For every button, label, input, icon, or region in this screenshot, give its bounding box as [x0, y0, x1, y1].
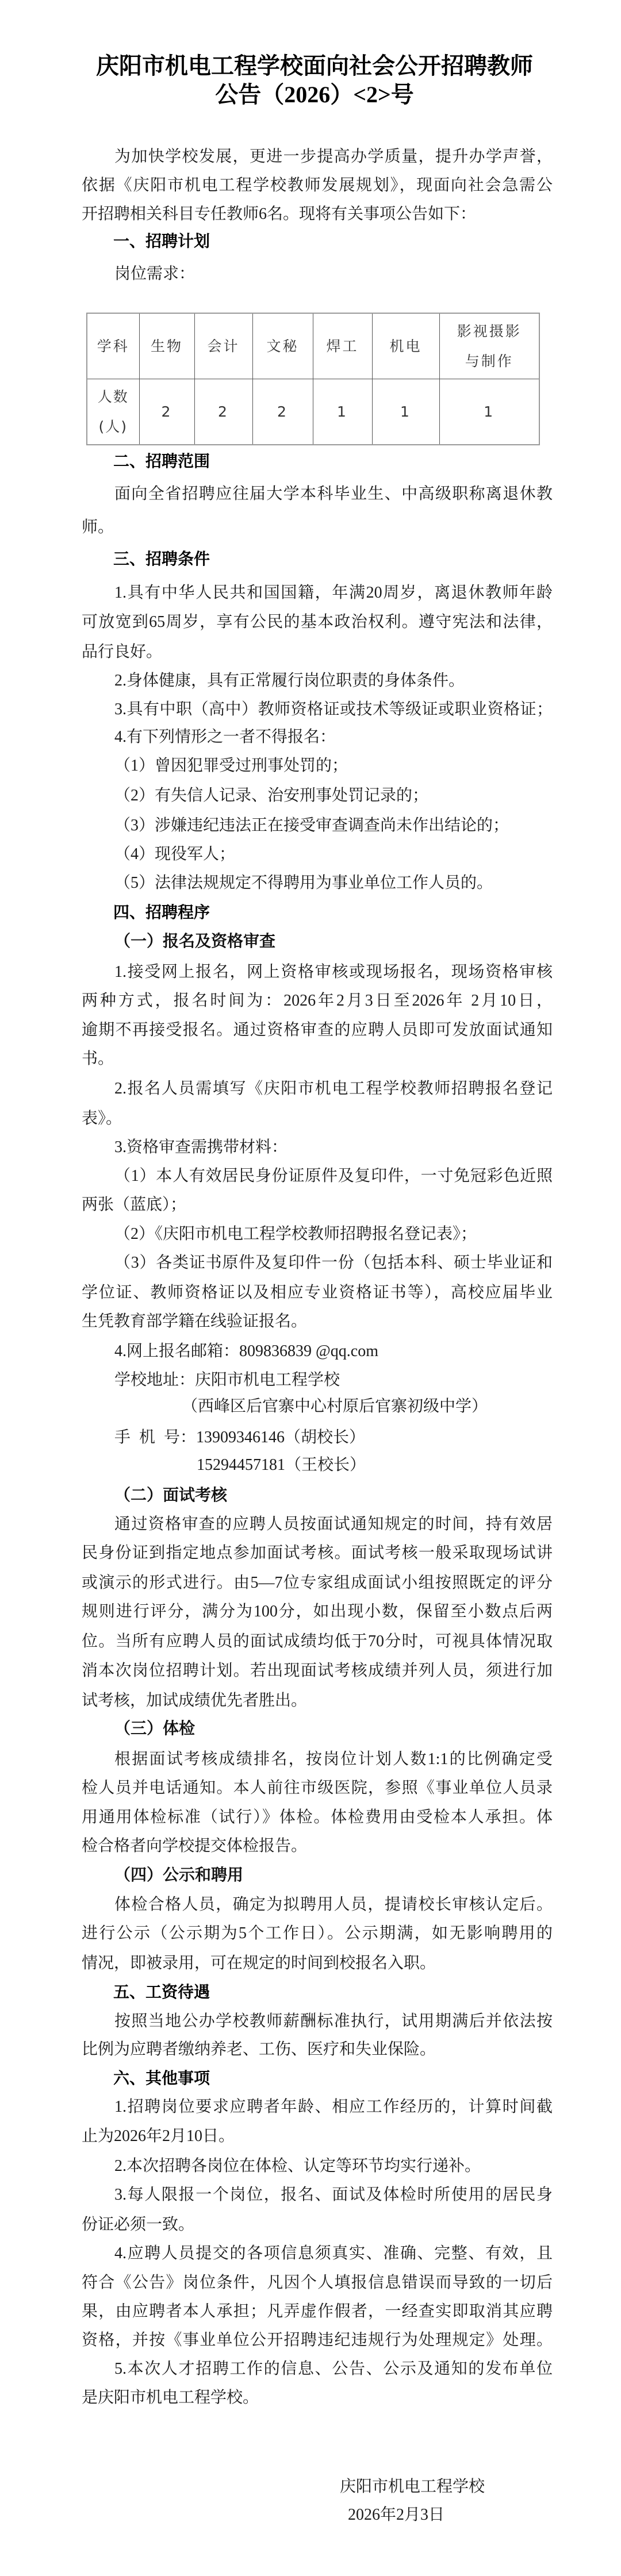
signature-date: 2026年2月3日 [348, 2504, 444, 2527]
list-item: （2）《庆阳市机电工程学校教师招聘报名登记表》； [114, 1223, 553, 1246]
position-requirement-label: 岗位需求： [114, 263, 195, 286]
table-header-text: 影视摄影与制作 [457, 317, 522, 376]
body-line: 按照当地公办学校教师薪酬标准执行，试用期满后并依法按 [114, 2010, 553, 2033]
list-item: （1）曾因犯罪受过刑事处罚的； [114, 754, 553, 777]
announcement-document: 庆阳市机电工程学校面向社会公开招聘教师 公告（2026）<2>号 为加快学校发展… [0, 0, 621, 2576]
list-item: （4）现役军人； [114, 843, 553, 866]
subsection-heading-interview: （二）面试考核 [114, 1484, 227, 1507]
body-line: 书。 [82, 1048, 553, 1071]
position-table: 学科 生物 会计 文秘 焊工 机电 影视摄影与制作 人数(人) 2 2 2 1 … [86, 313, 540, 445]
list-item: （2）有失信人记录、治安刑事处罚记录的； [114, 784, 553, 807]
table-header-cell: 文秘 [252, 313, 313, 379]
body-line: 学位证、教师资格证以及相应专业资格证书等），高校应届毕业 [82, 1281, 553, 1304]
table-cell: 2 [194, 379, 252, 445]
body-line: 可放宽到65周岁，享有公民的基本政治权利。遵守宪法和法律， [82, 611, 553, 634]
body-line: 2.报名人员需填写《庆阳市机电工程学校教师招聘报名登记 [114, 1077, 553, 1100]
body-line: 止为2026年2月10日。 [82, 2125, 553, 2148]
table-header-cell: 影视摄影与制作 [439, 313, 539, 379]
table-cell: 1 [439, 379, 539, 445]
school-address: 学校地址：庆阳市机电工程学校 [114, 1369, 553, 1392]
table-header-cell: 焊工 [313, 313, 372, 379]
table-cell: 1 [313, 379, 372, 445]
body-line: 消本次岗位招聘计划。若出现面试考核成绩并列人员，须进行加 [82, 1659, 553, 1682]
table-row-label-cell: 人数(人) [87, 379, 139, 445]
body-line: 品行良好。 [82, 641, 553, 664]
subsection-heading-registration: （一）报名及资格审查 [114, 930, 275, 953]
list-item: （1）本人有效居民身份证原件及复印件，一寸免冠彩色近照 [114, 1165, 553, 1188]
body-line: 3.具有中职（高中）教师资格证或技术等级证或职业资格证； [114, 698, 553, 721]
section-heading-other-matters: 六、其他事项 [113, 2067, 210, 2090]
table-header-cell: 会计 [194, 313, 252, 379]
list-item: （5）法律法规规定不得聘用为事业单位工作人员的。 [114, 872, 553, 895]
school-address-detail: （西峰区后官寨中心村原后官寨初级中学） [182, 1395, 488, 1418]
section-heading-salary: 五、工资待遇 [113, 1981, 210, 2004]
body-line: 表》。 [82, 1107, 553, 1130]
section-heading-procedure: 四、招聘程序 [113, 901, 210, 924]
body-line: 1.招聘岗位要求应聘者年龄、相应工作经历的，计算时间截 [114, 2096, 553, 2119]
intro-line: 开招聘相关科目专任教师6名。现将有关事项公告如下： [82, 203, 553, 226]
list-item: （3）各类证书原件及复印件一份（包括本科、硕士毕业证和 [114, 1252, 553, 1274]
section-heading-conditions: 三、招聘条件 [113, 548, 210, 571]
contact-phone-2: 15294457181（王校长） [197, 1454, 366, 1477]
contact-phone-1: 手 机 号：13909346146（胡校长） [114, 1426, 553, 1449]
table-header-cell: 机电 [372, 313, 439, 379]
body-line: 进行公示（公示期为5个工作日）。公示期满，如无影响聘用的 [82, 1922, 553, 1945]
section-heading-recruitment-plan: 一、招聘计划 [113, 230, 210, 253]
body-line: 两种方式，报名时间为：2026年2月3日至2026年 2月10日， [82, 989, 553, 1012]
body-line: 情况，即被录用，可在规定的时间到校报名入职。 [82, 1952, 553, 1975]
body-line: 用通用体检标准（试行）》体检。体检费用由受检本人承担。体 [82, 1806, 553, 1829]
body-line: 检合格者向学校提交体检报告。 [82, 1835, 553, 1858]
signature-organization: 庆阳市机电工程学校 [340, 2475, 485, 2498]
table-cell: 1 [372, 379, 439, 445]
body-line: 位。当所有应聘人员的面试成绩均低于70分时，可视具体情况取 [82, 1630, 553, 1653]
body-line: 逾期不再接受报名。通过资格审查的应聘人员即可发放面试通知 [82, 1019, 553, 1042]
body-line: 5.本次人才招聘工作的信息、公告、公示及通知的发布单位 [114, 2358, 553, 2381]
table-cell: 2 [139, 379, 194, 445]
body-line: 2.本次招聘各岗位在体检、认定等环节均实行递补。 [114, 2155, 553, 2178]
body-line: 体检合格人员，确定为拟聘用人员，提请校长审核认定后。 [114, 1893, 553, 1916]
body-line: 1.具有中华人民共和国国籍，年满20周岁，离退休教师年龄 [114, 582, 553, 604]
intro-line: 为加快学校发展，更进一步提高办学质量，提升办学声誉， [114, 145, 553, 168]
table-header-cell: 生物 [139, 313, 194, 379]
list-item: （3）涉嫌违纪违法正在接受审查调查尚未作出结论的； [114, 814, 553, 837]
body-line: 或演示的形式进行。由5—7位专家组成面试小组按照既定的评分 [82, 1572, 553, 1595]
section-heading-recruitment-scope: 二、招聘范围 [113, 450, 210, 473]
body-line: 检人员并电话通知。本人前往市级医院，参照《事业单位人员录 [82, 1777, 553, 1800]
body-line: 份证必须一致。 [82, 2213, 553, 2236]
table-row-label: 人数(人) [97, 382, 130, 442]
document-title-line-1: 庆阳市机电工程学校面向社会公开招聘教师 [92, 52, 537, 80]
body-line: 根据面试考核成绩排名，按岗位计划人数1:1的比例确定受 [114, 1748, 553, 1771]
body-line: 生凭教育部学籍在线验证报名。 [82, 1310, 553, 1333]
body-line: 师。 [82, 516, 553, 539]
table-header-cell: 学科 [87, 313, 139, 379]
body-line: 是庆阳市机电工程学校。 [82, 2386, 553, 2409]
body-line: 符合《公告》岗位条件，凡因个人填报信息错误而导致的一切后 [82, 2271, 553, 2294]
body-line: 资格，并按《事业单位公开招聘违纪违规行为处理规定》处理。 [82, 2329, 553, 2352]
body-line: 两张（蓝底）； [82, 1193, 553, 1216]
registration-email: 4.网上报名邮箱：809836839 @qq.com [114, 1340, 553, 1363]
body-line: 3.资格审查需携带材料： [114, 1136, 553, 1159]
subsection-heading-medical-exam: （三）体检 [114, 1717, 195, 1740]
body-line: 3.每人限报一个岗位，报名、面试及体检时所使用的居民身 [114, 2184, 553, 2207]
subsection-heading-publicity-hiring: （四）公示和聘用 [114, 1863, 243, 1886]
body-line: 规则进行评分，满分为100分，如出现小数，保留至小数点后两 [82, 1600, 553, 1623]
intro-line: 依据《庆阳市机电工程学校教师发展规划》，现面向社会急需公 [82, 174, 553, 197]
table-cell: 2 [252, 379, 313, 445]
body-line: 通过资格审查的应聘人员按面试通知规定的时间，持有效居 [114, 1513, 553, 1536]
body-line: 1.接受网上报名，网上资格审核或现场报名，现场资格审核 [114, 961, 553, 984]
body-line: 2.身体健康，具有正常履行岗位职责的身体条件。 [114, 669, 553, 692]
body-line: 果，由应聘者本人承担；凡弄虚作假者，一经查实即取消其应聘 [82, 2300, 553, 2323]
table-header-row: 学科 生物 会计 文秘 焊工 机电 影视摄影与制作 [87, 313, 539, 379]
body-line: 面向全省招聘应往届大学本科毕业生、中高级职称离退休教 [114, 483, 553, 506]
table-row: 人数(人) 2 2 2 1 1 1 [87, 379, 539, 445]
body-line: 4.有下列情形之一者不得报名： [114, 726, 553, 749]
body-line: 民身份证到指定地点参加面试考核。面试考核一般采取现场试讲 [82, 1542, 553, 1565]
body-line: 4.应聘人员提交的各项信息须真实、准确、完整、有效，且 [114, 2242, 553, 2265]
body-line: 试考核，加试成绩优先者胜出。 [82, 1689, 553, 1712]
body-line: 比例为应聘者缴纳养老、工伤、医疗和失业保险。 [82, 2038, 553, 2061]
document-title-line-2: 公告（2026）<2>号 [92, 80, 537, 109]
